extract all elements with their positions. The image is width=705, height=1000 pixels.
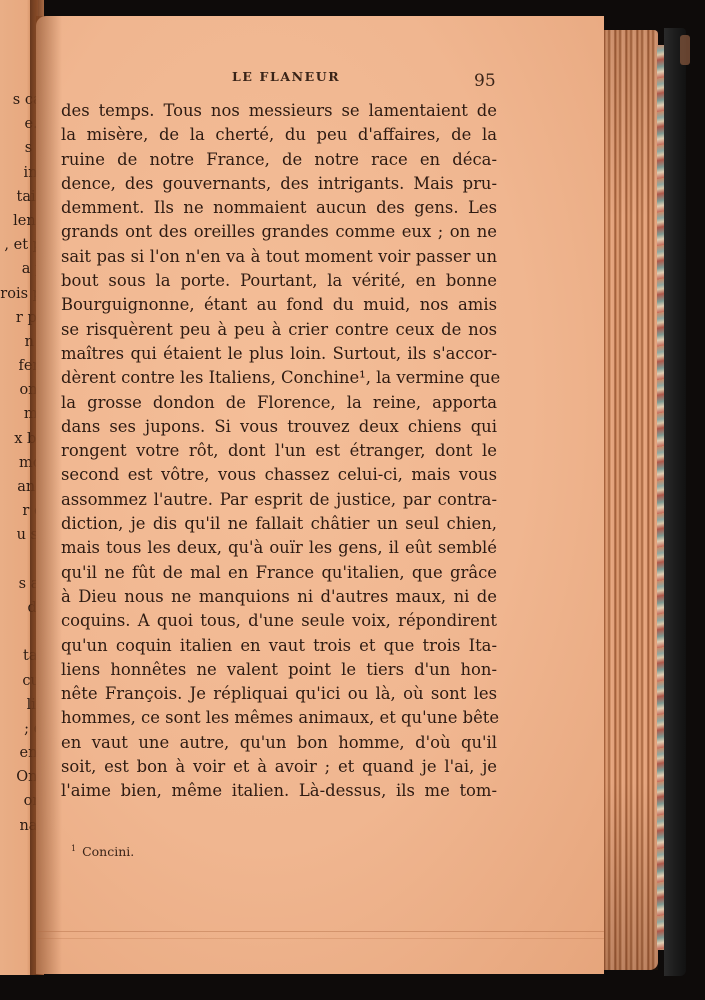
page-number: 95 <box>474 71 496 91</box>
text-line: assommez l'autre. Par esprit de justice,… <box>61 488 497 512</box>
body-text: des temps. Tous nos messieurs se lamenta… <box>61 99 497 804</box>
text-line: second est vôtre, vous chassez celui-ci,… <box>61 463 497 487</box>
book-page: LE FLANEUR 95 des temps. Tous nos messie… <box>36 16 604 974</box>
text-line: nête François. Je répliquai qu'ici ou là… <box>61 682 497 706</box>
book-cover-board <box>664 28 686 976</box>
text-line: coquins. A quoi tous, d'une seule voix, … <box>61 609 497 633</box>
running-head: LE FLANEUR <box>232 69 340 84</box>
text-line: Bourguignonne, étant au fond du muid, no… <box>61 293 497 317</box>
text-line: dans ses jupons. Si vous trouvez deux ch… <box>61 415 497 439</box>
text-line: se risquèrent peu à peu à crier contre c… <box>61 318 497 342</box>
page-crease <box>36 938 604 939</box>
text-line: à Dieu nous ne manquions ni d'autres mau… <box>61 585 497 609</box>
footnote-marker: 1 <box>71 844 76 853</box>
text-line: soit, est bon à voir et à avoir ; et qua… <box>61 755 497 779</box>
text-line: hommes, ce sont les mêmes animaux, et qu… <box>61 706 497 730</box>
text-line: diction, je dis qu'il ne fallait châtier… <box>61 512 497 536</box>
page-edges <box>600 30 658 970</box>
footnote-text: Concini. <box>82 844 134 859</box>
text-line: maîtres qui étaient le plus loin. Surtou… <box>61 342 497 366</box>
text-line: bout sous la porte. Pourtant, la vérité,… <box>61 269 497 293</box>
text-line: qu'il ne fût de mal en France qu'italien… <box>61 561 497 585</box>
text-line: ruine de notre France, de notre race en … <box>61 148 497 172</box>
text-line: des temps. Tous nos messieurs se lamenta… <box>61 99 497 123</box>
cover-corner-wear <box>680 35 690 65</box>
text-line: dence, des gouvernants, des intrigants. … <box>61 172 497 196</box>
text-line: en vaut une autre, qu'un bon homme, d'où… <box>61 731 497 755</box>
text-line: rongent votre rôt, dont l'un est étrange… <box>61 439 497 463</box>
text-line: la misère, de la cherté, du peu d'affair… <box>61 123 497 147</box>
text-line: la grosse dondon de Florence, la reine, … <box>61 391 497 415</box>
text-line: mais tous les deux, qu'à ouïr les gens, … <box>61 536 497 560</box>
text-line: liens honnêtes ne valent point le tiers … <box>61 658 497 682</box>
text-line: demment. Ils ne nommaient aucun des gens… <box>61 196 497 220</box>
text-line: dèrent contre les Italiens, Conchine¹, l… <box>61 366 497 390</box>
footnote: 1Concini. <box>71 844 134 859</box>
text-line: sait pas si l'on n'en va à tout moment v… <box>61 245 497 269</box>
text-line: grands ont des oreilles grandes comme eu… <box>61 220 497 244</box>
page-crease <box>36 931 604 932</box>
text-line: l'aime bien, même italien. Là-dessus, il… <box>61 779 497 803</box>
text-line: qu'un coquin italien en vaut trois et qu… <box>61 634 497 658</box>
